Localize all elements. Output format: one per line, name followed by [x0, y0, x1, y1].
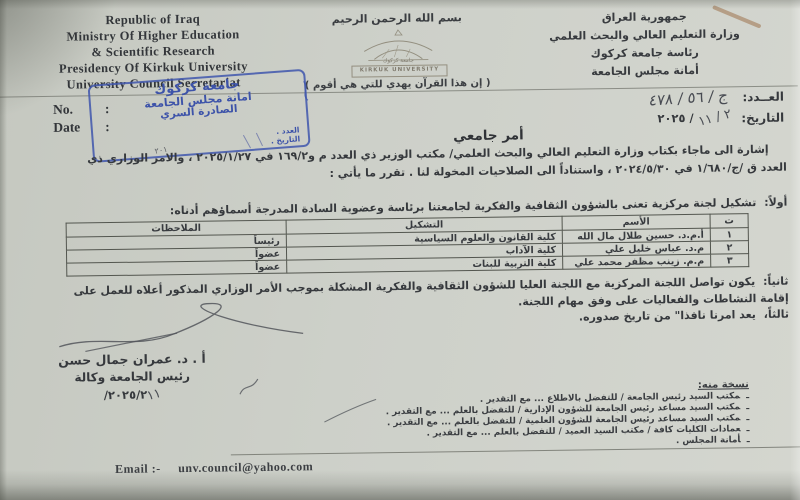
letterhead-arabic: جمهورية العراق وزارة التعليم العالي والب… [502, 9, 788, 85]
letterhead-ar-line: جمهورية العراق [502, 9, 787, 26]
cell-name: م.م. زينب مظفر محمد علي [563, 254, 711, 269]
dash-bullet: ـ [746, 391, 749, 401]
committee-table: ت الأسم التشكيل الملاحظات ١ أ.م.د. حسين … [66, 213, 750, 277]
number-field-label: العــدد: [742, 90, 784, 105]
email-address: unv.council@yahoo.com [178, 459, 313, 475]
date-field-label: التاريخ: [741, 110, 784, 125]
cell-number: ٢ [710, 241, 748, 255]
handwritten-date-tick [240, 379, 258, 394]
logo-english-name: KIRKUK UNIVERSITY [351, 64, 447, 77]
cell-formation: كلية التربية للبنات [287, 256, 563, 273]
number-field-handwritten-value: ٤٧٨ / ٥٦ / ج [649, 86, 729, 109]
signatory-name: أ . د. عمران جمال حسن [39, 350, 224, 368]
signature-date-handwritten: ١١ [146, 386, 163, 404]
bismillah-text: بسم الله الرحمن الرحيم [282, 10, 512, 26]
signatory-title: رئيس الجامعة وكالة [40, 368, 225, 385]
cell-number: ٣ [711, 254, 749, 268]
dash-bullet: ـ [747, 435, 750, 445]
letterhead-ar-line: أمانة مجلس الجامعة [502, 63, 787, 80]
clause-third-text: يعد امرنا نافذا" من تاريخ صدوره. [579, 308, 756, 323]
dash-bullet: ـ [746, 424, 749, 434]
dash-bullet: ـ [746, 402, 749, 412]
clause-third-label: ثالثاً، [764, 308, 789, 321]
logo-arabic-name: جامعة كركوك [356, 57, 440, 64]
letterhead-ar-line: وزارة التعليم العالي والبحث العلمي [502, 27, 787, 44]
dash-bullet: ـ [746, 413, 749, 423]
email-label: Email :- [115, 461, 161, 476]
cell-number: ١ [710, 228, 748, 242]
signature-block: أ . د. عمران جمال حسن رئيس الجامعة وكالة… [39, 350, 225, 404]
university-logo: جامعة كركوك KIRKUK UNIVERSITY [342, 26, 455, 80]
clause-second-label: ثانياً: [763, 275, 789, 288]
date-field-printed-value: ٢٠٢٥ / [657, 111, 697, 126]
signature-scribble-stroke [85, 333, 177, 351]
clause-second-text: يكون تواصل اللجنة المركزية مع اللجنة الع… [73, 275, 788, 308]
distribution-list: نسخة منه: ـمكتب السيد رئيس الجامعة / للت… [337, 379, 750, 452]
scanned-document: Republic of Iraq Ministry Of Higher Educ… [0, 0, 800, 500]
footer-email: Email :- unv.council@yahoo.com [115, 459, 313, 477]
col-header-number: ت [710, 214, 748, 229]
signature-date-printed: /٢٠٢٥/٢ [104, 388, 148, 403]
letterhead-ar-line: رئاسة جامعة كركوك [502, 45, 787, 62]
distribution-item-text: أمانة المجلس . [676, 435, 741, 446]
cell-notes: عضواً [67, 260, 287, 276]
clause-first-label: أولاً: [764, 196, 787, 209]
